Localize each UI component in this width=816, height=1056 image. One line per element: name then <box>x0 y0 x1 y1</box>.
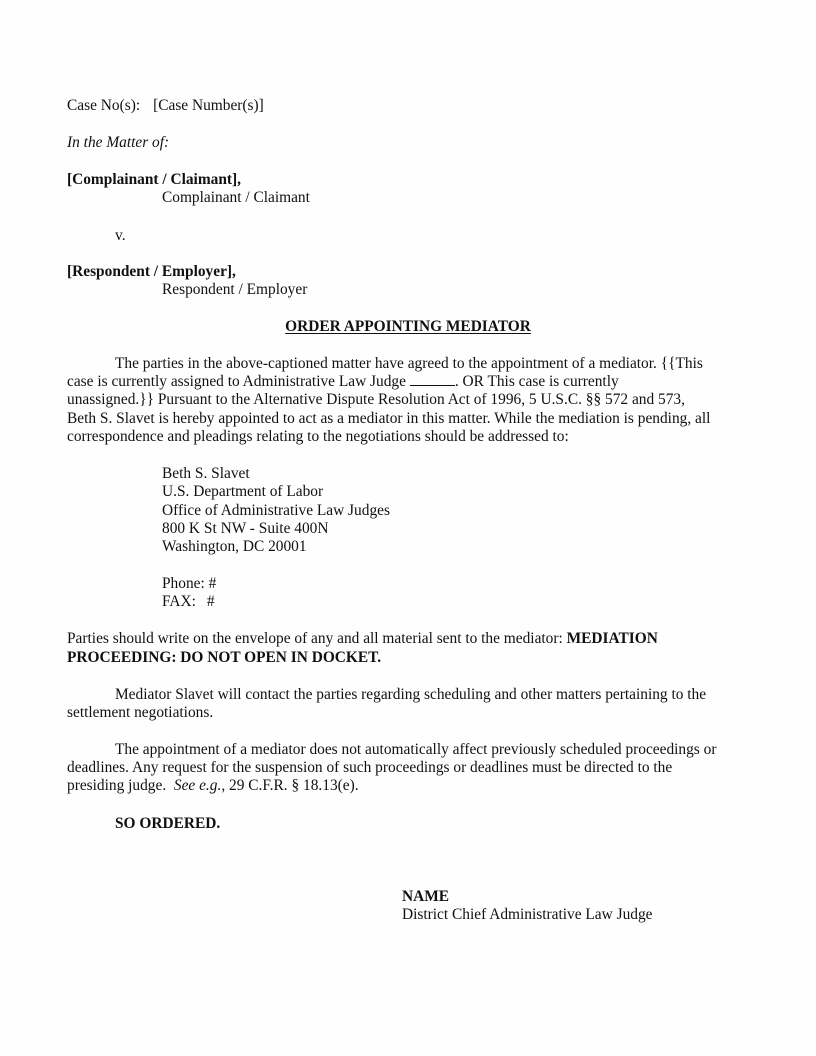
phone-label: Phone: <box>162 575 205 592</box>
paragraph-1-line-1: The parties in the above-captioned matte… <box>115 355 703 373</box>
case-number-line: Case No(s):[Case Number(s)] <box>67 97 264 115</box>
so-ordered: SO ORDERED. <box>115 815 220 833</box>
address-office: Office of Administrative Law Judges <box>162 502 390 520</box>
paragraph-2-line-1: Parties should write on the envelope of … <box>67 630 658 648</box>
address-fax: FAX:# <box>162 593 215 611</box>
paragraph-4-line-1: The appointment of a mediator does not a… <box>115 741 716 759</box>
citation-signal: See e.g. <box>174 777 221 794</box>
paragraph-1-line-3: unassigned.}} Pursuant to the Alternativ… <box>67 391 685 409</box>
fax-label: FAX: <box>162 593 196 610</box>
paragraph-4-line-3: presiding judge. See e.g., 29 C.F.R. § 1… <box>67 777 359 795</box>
case-number-label: Case No(s): <box>67 97 140 114</box>
signature-name: NAME <box>402 888 449 906</box>
envelope-instruction: Parties should write on the envelope of … <box>67 630 567 647</box>
citation: , 29 C.F.R. § 18.13(e). <box>221 777 358 794</box>
signature-title: District Chief Administrative Law Judge <box>402 906 652 924</box>
paragraph-1-line-2-text: case is currently assigned to Administra… <box>67 373 406 390</box>
phone-value: # <box>209 575 217 592</box>
order-title: ORDER APPOINTING MEDIATOR <box>0 318 816 336</box>
case-number-value: [Case Number(s)] <box>153 97 264 114</box>
respondent-name: [Respondent / Employer], <box>67 263 236 281</box>
paragraph-1-line-4: Beth S. Slavet is hereby appointed to ac… <box>67 410 710 428</box>
envelope-marking-part-2: PROCEEDING: DO NOT OPEN IN DOCKET. <box>67 649 381 667</box>
paragraph-1-line-5: correspondence and pleadings relating to… <box>67 428 569 446</box>
paragraph-1-line-2-tail: . OR This case is currently <box>455 373 619 390</box>
judge-name-blank <box>410 373 455 386</box>
paragraph-4-line-3-text: presiding judge. <box>67 777 174 794</box>
paragraph-1-line-2: case is currently assigned to Administra… <box>67 373 619 391</box>
paragraph-3-line-2: settlement negotiations. <box>67 704 213 722</box>
address-phone: Phone: # <box>162 575 216 593</box>
respondent-role: Respondent / Employer <box>162 281 307 299</box>
complainant-name: [Complainant / Claimant], <box>67 171 241 189</box>
address-department: U.S. Department of Labor <box>162 483 323 501</box>
complainant-role: Complainant / Claimant <box>162 189 310 207</box>
in-the-matter-of: In the Matter of: <box>67 134 169 152</box>
document-page: Case No(s):[Case Number(s)] In the Matte… <box>0 0 816 1056</box>
paragraph-4-line-2: deadlines. Any request for the suspensio… <box>67 759 672 777</box>
fax-value: # <box>207 593 215 610</box>
envelope-marking-part-1: MEDIATION <box>567 630 658 647</box>
paragraph-3-line-1: Mediator Slavet will contact the parties… <box>115 686 706 704</box>
address-street: 800 K St NW - Suite 400N <box>162 520 328 538</box>
versus: v. <box>115 227 126 245</box>
address-city: Washington, DC 20001 <box>162 538 307 556</box>
address-name: Beth S. Slavet <box>162 465 250 483</box>
